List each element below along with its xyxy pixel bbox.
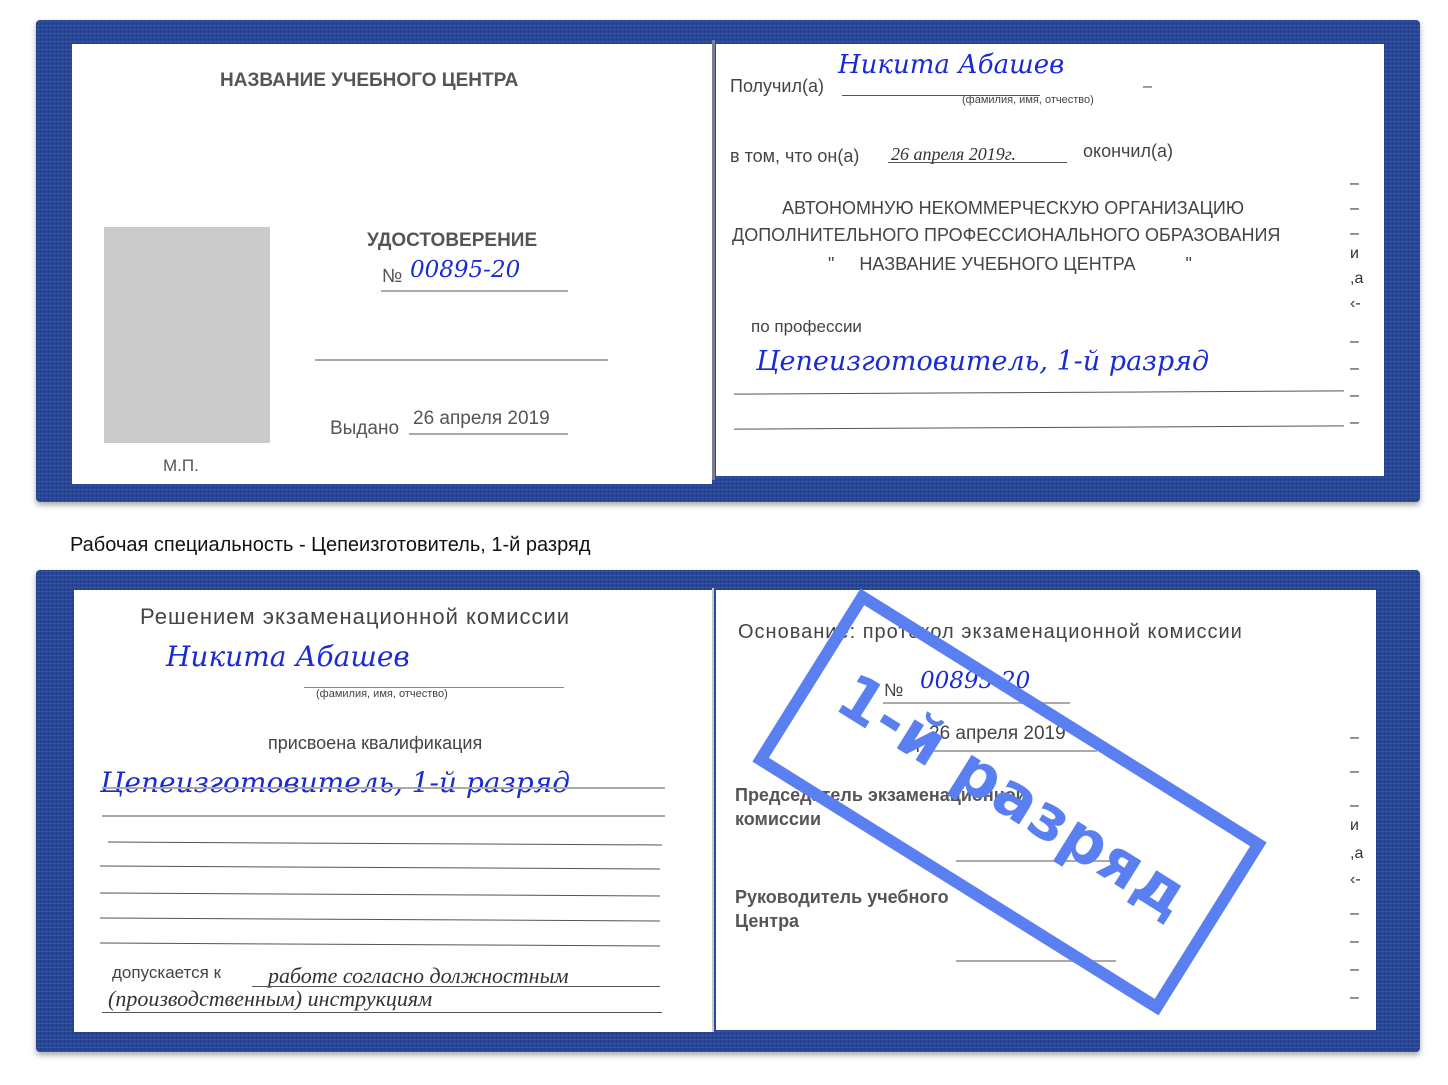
number-label: №	[382, 266, 402, 288]
recipient-name: Никита Абашев	[838, 50, 1064, 80]
head-line-2: Центра	[735, 911, 799, 932]
issued-date: 26 апреля 2019	[413, 408, 550, 430]
photo-placeholder	[104, 227, 270, 443]
blank-line	[315, 359, 608, 361]
org-line-3: " НАЗВАНИЕ УЧЕБНОГО ЦЕНТРА "	[828, 254, 1192, 275]
finished-label: окончил(а)	[1083, 141, 1173, 162]
profession-label: по профессии	[751, 317, 862, 337]
head-line-1: Руководитель учебного	[735, 887, 949, 908]
center-name: НАЗВАНИЕ УЧЕБНОГО ЦЕНТРА	[220, 70, 518, 92]
admitted-value-2: (производственным) инструкциям	[108, 986, 432, 1012]
fio-hint: (фамилия, имя, отчество)	[962, 94, 1094, 106]
dash-mark: –	[1143, 78, 1152, 96]
certificate-number: 00895-20	[410, 257, 520, 283]
stamp-place-label: М.П.	[163, 456, 199, 476]
admitted-underline-2	[102, 1012, 662, 1013]
decision-label: Решением экзаменационной комиссии	[140, 604, 570, 630]
qualification-line-1	[102, 787, 665, 789]
doc-title: УДОСТОВЕРЕНИЕ	[367, 230, 537, 252]
issued-underline	[409, 433, 568, 435]
chairman-line-2: комиссии	[735, 809, 821, 830]
qualification-value: Цепеизготовитель, 1-й разряд	[100, 766, 570, 799]
bottom-fio-hint: (фамилия, имя, отчество)	[316, 688, 448, 700]
that-label: в том, что он(а)	[730, 146, 859, 167]
admitted-label: допускается к	[112, 963, 221, 983]
org-line-1: АВТОНОМНУЮ НЕКОММЕРЧЕСКУЮ ОРГАНИЗАЦИЮ	[782, 198, 1244, 219]
number-underline	[381, 290, 568, 292]
top-spine	[712, 40, 715, 480]
issued-label: Выдано	[330, 418, 399, 440]
org-line-2: ДОПОЛНИТЕЛЬНОГО ПРОФЕССИОНАЛЬНОГО ОБРАЗО…	[732, 225, 1280, 246]
bottom-recipient-name: Никита Абашев	[166, 640, 410, 673]
bottom-spine	[712, 588, 714, 1032]
received-label: Получил(а)	[730, 76, 824, 97]
completion-underline	[888, 162, 1067, 163]
edge-marks-top: – – – и ,а ‹- – – – –	[1350, 176, 1363, 440]
basis-label: Основание: протокол экзаменационной коми…	[738, 621, 1243, 644]
qualification-label: присвоена квалификация	[268, 733, 482, 754]
caption: Рабочая специальность - Цепеизготовитель…	[70, 534, 591, 557]
qualification-line-2	[102, 815, 665, 817]
profession-value: Цепеизготовитель, 1-й разряд	[756, 346, 1209, 377]
edge-marks-bottom: – – – и ,а ‹- – – – –	[1350, 730, 1363, 1016]
